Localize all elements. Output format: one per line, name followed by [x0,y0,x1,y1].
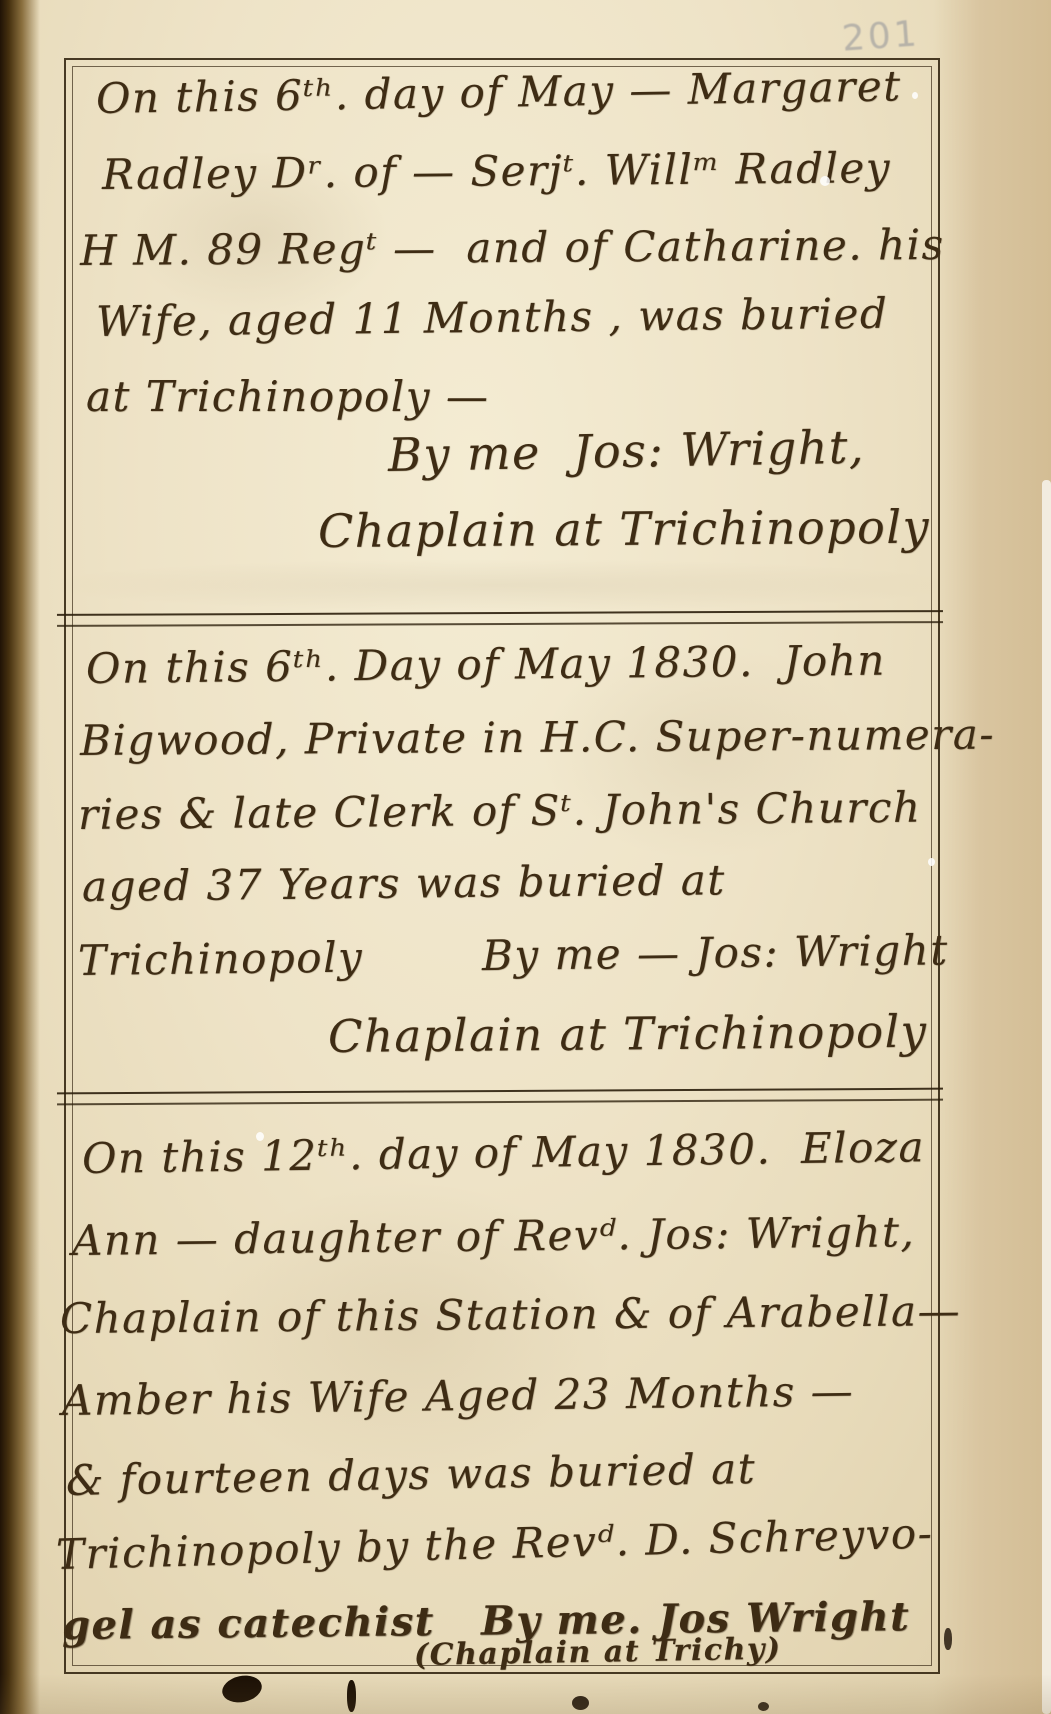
paper-fleck [912,92,918,99]
entry-3-title-line: (Chaplain at Trichy) [414,1632,782,1673]
entry-1-line-2: Radley Dʳ. of — Serjᵗ. Willᵐ Radley [102,143,891,199]
entry-1-line-5: at Trichinopoly — [86,372,489,421]
paper-fleck [256,1132,264,1141]
entry-3-line-2: Ann — daughter of Revᵈ. Jos: Wright, [72,1207,916,1265]
page-right-margin [933,0,1051,1714]
paper-fleck [820,176,830,186]
entry-2-line-3: ries & late Clerk of Sᵗ. John's Church [78,783,922,839]
pencil-page-number: 201 [841,13,921,59]
book-gutter-shadow [0,0,40,1714]
scan-edge-highlight [1042,480,1051,1714]
entry-3-line-3: Chaplain of this Station & of Arabella— [60,1286,961,1343]
bottom-edge-shadow [0,1674,1051,1714]
entry-1-line-3: H M. 89 Regᵗ — and of Catharine. his [80,220,945,275]
entry-1-line-4: Wife, aged 11 Months , was buried [96,289,889,346]
entry-1-signature-line: By me Jos: Wright, [388,420,866,482]
ink-blot [944,1628,952,1650]
paper-fleck [928,858,935,866]
entry-3-line-4: Amber his Wife Aged 23 Months — [62,1366,855,1425]
entry-2-line-1: On this 6ᵗʰ. Day of May 1830. John [86,636,886,693]
entry-1-title-line: Chaplain at Trichinopoly [318,500,930,558]
entry-2-title-line: Chaplain at Trichinopoly [328,1005,928,1063]
entry-2-line-4: aged 37 Years was buried at [82,855,726,911]
entry-2-line-2: Bigwood, Private in H.C. Super-numera- [80,710,995,765]
register-page-scan: 201 On this 6ᵗʰ. day of May — Margaret R… [0,0,1051,1714]
